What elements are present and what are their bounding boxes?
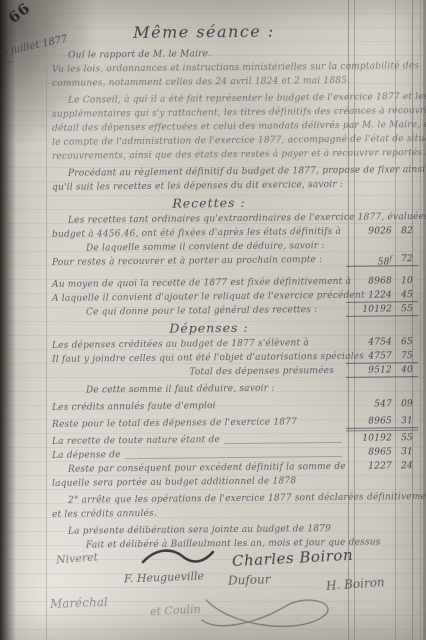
manuscript-line: recouvrements, ainsi que des états des r… xyxy=(52,146,426,164)
amount-centimes: 82 xyxy=(398,224,416,238)
manuscript-line: Total des dépenses présumées951240 xyxy=(52,363,426,381)
line-text: De cette somme il faut déduire, savoir : xyxy=(52,382,275,398)
line-text: La dépense de xyxy=(52,448,121,463)
manuscript-line: Pour restes à recouvrer et à porter au p… xyxy=(52,252,426,270)
line-text: Les crédits annulés faute d'emploi xyxy=(52,399,216,415)
amount-centimes: 55 xyxy=(398,431,416,445)
line-text: communes, notamment celles des 24 avril … xyxy=(52,74,350,91)
amount-francs: 4754 xyxy=(348,335,392,349)
book-binding-shadow xyxy=(0,0,16,640)
amount-francs: 9026 xyxy=(348,224,392,238)
margin-rule-line xyxy=(46,0,47,640)
manuscript-line: Reste pour le total des dépenses de l'ex… xyxy=(52,414,426,432)
amount-francs: 10192 xyxy=(348,431,392,445)
amount-francs: 1227 xyxy=(348,459,392,473)
amount-francs: 547 xyxy=(348,397,392,411)
signature: et Coulin xyxy=(150,603,201,619)
line-text: Total des dépenses présumées xyxy=(189,364,334,380)
signature: Maréchal xyxy=(50,595,108,611)
amount-centimes: 65 xyxy=(398,335,416,349)
line-text: Pour restes à recouvrer et à porter au p… xyxy=(52,253,323,270)
line-text: Reste pour le total des dépenses de l'ex… xyxy=(52,415,297,432)
amount-centimes: 31 xyxy=(398,445,416,459)
session-title: Même séance : xyxy=(52,20,426,42)
amount-centimes: 24 xyxy=(398,459,416,473)
manuscript-lines: Ouï le rapport de M. le Maire.Vu les loi… xyxy=(52,47,426,551)
amount-underline-rule xyxy=(346,376,418,378)
manuscript-line: communes, notamment celles des 24 avril … xyxy=(52,73,426,91)
amount-francs: 8968 xyxy=(348,274,392,288)
leader-line xyxy=(125,446,342,459)
signature-flourish xyxy=(140,546,216,568)
line-text: et les crédits annulés. xyxy=(52,507,157,522)
line-text: Dépenses : xyxy=(169,318,248,338)
amount-francs: 8965 xyxy=(348,445,392,459)
amount-underline-rule xyxy=(346,427,418,429)
amount-centimes: 10 xyxy=(398,274,416,288)
line-text: Recettes : xyxy=(172,193,245,213)
signature-paraph-flourish xyxy=(196,580,346,636)
leader-line xyxy=(224,432,342,444)
amount-francs: 58f xyxy=(348,252,392,269)
scanned-register-page: 66 6 juillet 1877 — Même séance : Ouï le… xyxy=(0,0,426,640)
manuscript-line: De cette somme il faut déduire, savoir : xyxy=(52,380,426,398)
manuscript-line: Fait et délibéré à Bailleulmont les an, … xyxy=(52,535,426,553)
signature: F. Heugueville xyxy=(124,570,204,586)
amount-centimes: 09 xyxy=(398,397,416,411)
manuscript-line: et les crédits annulés. xyxy=(52,504,426,522)
manuscript-content: Même séance : Ouï le rapport de M. le Ma… xyxy=(52,22,426,551)
line-text: laquelle sera portée au budget additionn… xyxy=(52,474,296,491)
manuscript-line: laquelle sera portée au budget additionn… xyxy=(52,473,426,491)
manuscript-line: Les crédits annulés faute d'emploi54709 xyxy=(52,397,426,415)
